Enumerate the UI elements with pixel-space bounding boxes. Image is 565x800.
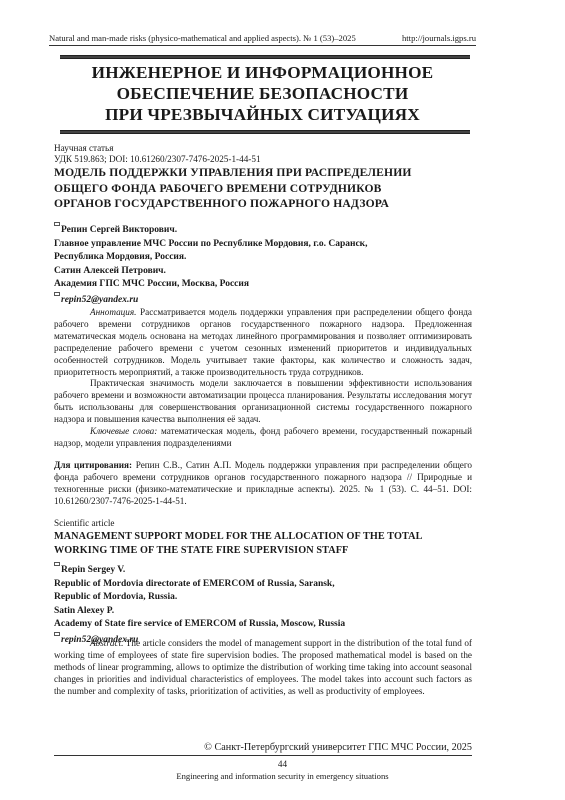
envelope-icon — [54, 222, 60, 226]
page-number: 44 — [0, 759, 565, 770]
article-title-ru: МОДЕЛЬ ПОДДЕРЖКИ УПРАВЛЕНИЯ ПРИ РАСПРЕДЕ… — [54, 165, 472, 212]
envelope-icon — [54, 632, 60, 636]
article-title-en: MANAGEMENT SUPPORT MODEL FOR THE ALLOCAT… — [54, 530, 472, 558]
title-line: MANAGEMENT SUPPORT MODEL FOR THE ALLOCAT… — [54, 530, 472, 544]
section-rule-bottom — [60, 130, 470, 134]
section-title-line: ОБЕСПЕЧЕНИЕ БЕЗОПАСНОСТИ — [49, 83, 476, 104]
title-line: МОДЕЛЬ ПОДДЕРЖКИ УПРАВЛЕНИЯ ПРИ РАСПРЕДЕ… — [54, 165, 472, 181]
running-header: Natural and man-made risks (physico-math… — [49, 33, 476, 46]
authors-en: Repin Sergey V. Republic of Mordovia dir… — [54, 562, 472, 647]
citation-label: Для цитирования: — [54, 460, 132, 470]
title-line: WORKING TIME OF THE STATE FIRE SUPERVISI… — [54, 544, 472, 558]
author-name: Repin Sergey V. — [61, 565, 125, 575]
author-name: Репин Сергей Викторович. — [61, 225, 177, 235]
author-affiliation: Republic of Mordovia directorate of EMER… — [54, 578, 472, 592]
udk-doi: УДК 519.863; DOI: 10.61260/2307-7476-202… — [54, 154, 472, 165]
author-name: Satin Alexey P. — [54, 605, 472, 619]
abstract-text: Рассматривается модель поддержки управле… — [54, 307, 472, 377]
abstract-label: Abstract. — [90, 638, 123, 648]
journal-name: Natural and man-made risks (physico-math… — [49, 33, 356, 44]
copyright: © Санкт-Петербургский университет ГПС МЧ… — [54, 742, 472, 756]
section-title-line: ИНЖЕНЕРНОЕ И ИНФОРМАЦИОННОЕ — [49, 62, 476, 83]
title-line: ОБЩЕГО ФОНДА РАБОЧЕГО ВРЕМЕНИ СОТРУДНИКО… — [54, 181, 472, 197]
article-type-en: Scientific article — [54, 518, 472, 529]
envelope-icon — [54, 562, 60, 566]
article-type: Научная статья — [54, 143, 472, 154]
section-title: ИНЖЕНЕРНОЕ И ИНФОРМАЦИОННОЕ ОБЕСПЕЧЕНИЕ … — [49, 62, 476, 125]
abstract-ru: Аннотация. Рассматривается модель поддер… — [54, 307, 472, 450]
author-affiliation: Republic of Mordovia, Russia. — [54, 591, 472, 605]
title-line: ОРГАНОВ ГОСУДАРСТВЕННОГО ПОЖАРНОГО НАДЗО… — [54, 196, 472, 212]
citation: Для цитирования: Репин С.В., Сатин А.П. … — [54, 460, 472, 508]
authors-ru: Репин Сергей Викторович. Главное управле… — [54, 222, 472, 307]
abstract-label: Аннотация. — [90, 307, 136, 317]
author-name: Сатин Алексей Петрович. — [54, 265, 472, 279]
author-affiliation: Республика Мордовия, Россия. — [54, 251, 472, 265]
journal-page: Natural and man-made risks (physico-math… — [0, 0, 565, 800]
section-rule-top — [60, 55, 470, 59]
significance-text: Практическая значимость модели заключает… — [54, 378, 472, 426]
author-affiliation: Главное управление МЧС России по Республ… — [54, 238, 472, 252]
running-footer: Engineering and information security in … — [0, 771, 565, 782]
envelope-icon — [54, 292, 60, 296]
keywords-label: Ключевые слова: — [90, 426, 157, 436]
author-affiliation: Academy of State fire service of EMERCOM… — [54, 618, 472, 632]
abstract-en: Abstract. The article considers the mode… — [54, 638, 472, 698]
author-affiliation: Академия ГПС МЧС России, Москва, Россия — [54, 278, 472, 292]
section-title-line: ПРИ ЧРЕЗВЫЧАЙНЫХ СИТУАЦИЯХ — [49, 104, 476, 125]
author-email[interactable]: repin52@yandex.ru — [61, 295, 138, 305]
journal-url[interactable]: http://journals.igps.ru — [402, 33, 476, 44]
